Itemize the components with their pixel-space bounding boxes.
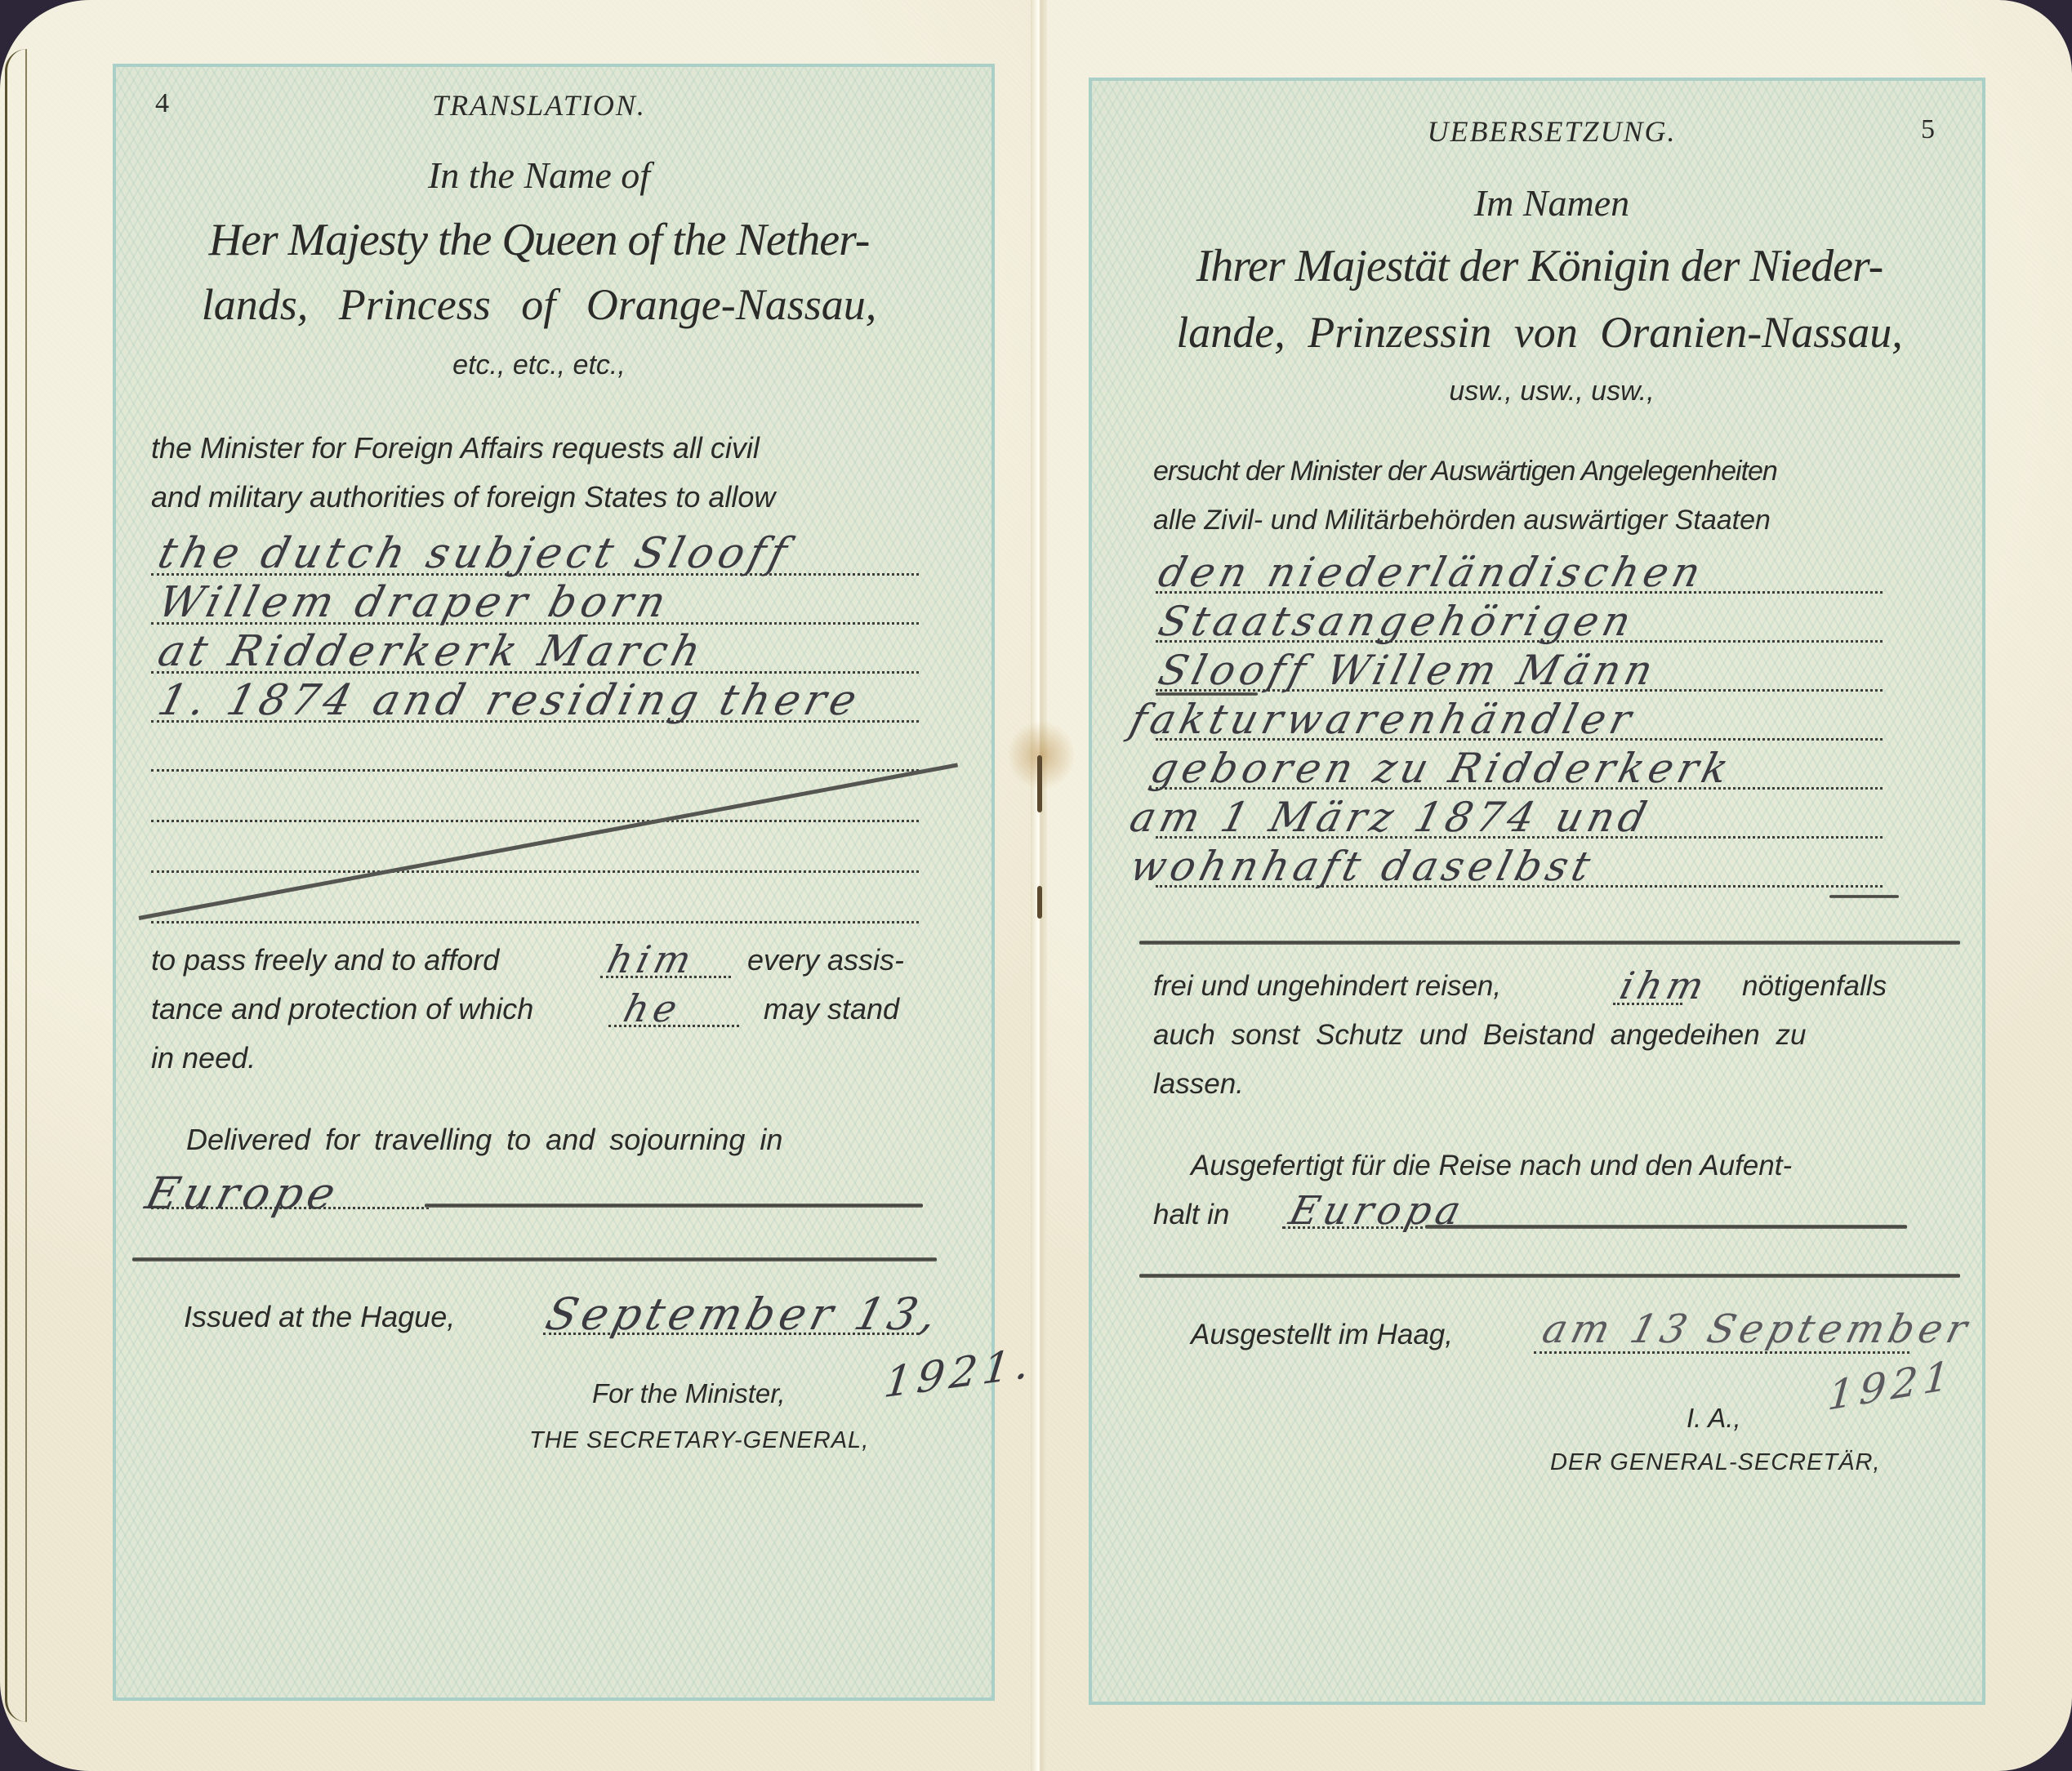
left-heading: TRANSLATION.	[327, 88, 751, 122]
right-title-line-2: Ihrer Majestät der Königin der Nieder-	[1139, 240, 1940, 292]
left-delivered-line: Delivered for travelling to and sojourni…	[186, 1123, 782, 1157]
left-pass-line-3: in need.	[151, 1041, 256, 1075]
left-signatory-line-1: For the Minister,	[592, 1378, 786, 1409]
right-pass-line-1-suffix: nötigenfalls	[1742, 970, 1887, 1003]
right-fill-end-rule	[1829, 895, 1899, 898]
left-blank-line-4	[151, 921, 919, 923]
right-section-rule-1	[1139, 941, 1960, 945]
left-issued-date-hand: September 13,	[541, 1288, 947, 1340]
right-title-line-4: usw., usw., usw.,	[1323, 376, 1780, 407]
left-pass-line-2-suffix: may stand	[764, 992, 899, 1026]
right-body-line-1: ersucht der Minister der Auswärtigen Ang…	[1153, 456, 1777, 487]
right-heading: UEBERSETZUNG.	[1323, 114, 1780, 149]
left-handwritten-line-2: Willem draper born	[154, 578, 676, 627]
right-pass-line-1-hand: ihm	[1615, 963, 1713, 1008]
right-handwritten-line-3: Slooff Willem Männ	[1154, 647, 1663, 694]
left-blank-line-1	[151, 769, 919, 772]
page-edges	[5, 49, 27, 1722]
left-pass-line-1-prefix: to pass freely and to afford	[151, 943, 499, 977]
right-body-line-2: alle Zivil- und Militärbehörden auswärti…	[1153, 505, 1771, 536]
right-destination-fill	[1282, 1226, 1429, 1229]
left-pass-line-1-suffix: every assis-	[747, 943, 904, 977]
left-handwritten-line-4: 1. 1874 and residing there	[154, 676, 867, 725]
right-title-line-1: Im Namen	[1258, 181, 1846, 225]
left-title-line-3: lands, Princess of Orange-Nassau,	[147, 279, 931, 330]
left-blank-line-2	[151, 820, 919, 822]
left-pass-line-1-hand: him	[603, 937, 700, 981]
left-handwritten-line-3: at Ridderkerk March	[154, 627, 711, 676]
staple-upper	[1037, 755, 1042, 812]
left-title-line-2: Her Majesty the Queen of the Nether-	[147, 214, 931, 266]
right-issued-date-hand: am 13 September	[1538, 1306, 1976, 1352]
right-delivered-line: Ausgefertigt für die Reise nach und den …	[1191, 1150, 1792, 1182]
left-body-line-2: and military authorities of foreign Stat…	[151, 480, 775, 514]
right-handwritten-line-5: geboren zu Ridderkerk	[1146, 745, 1738, 792]
right-handwritten-line-7: wohnhaft daselbst	[1125, 843, 1600, 890]
right-handwritten-line-4: faktur­warenhändler	[1125, 696, 1641, 743]
left-pass-line-2-hand: he	[619, 986, 686, 1030]
left-destination-fill	[151, 1207, 429, 1209]
right-issued-label: Ausgestellt im Haag,	[1191, 1319, 1453, 1351]
left-title-line-1: In the Name of	[245, 154, 833, 197]
left-issued-label: Issued at the Hague,	[184, 1300, 455, 1334]
right-delivered-prefix-2: halt in	[1153, 1199, 1229, 1231]
left-body-line-1: the Minister for Foreign Affairs request…	[151, 431, 760, 465]
right-signatory-line-1: I. A.,	[1687, 1403, 1741, 1434]
right-handwritten-line-2: Staatsangehörigen	[1154, 598, 1641, 645]
left-pass-line-2-prefix: tance and protection of which	[151, 992, 533, 1026]
left-destination-rule	[425, 1204, 923, 1208]
left-section-rule	[132, 1257, 937, 1262]
left-title-line-4: etc., etc., etc.,	[327, 349, 751, 381]
right-handwritten-line-1: den niederländischen	[1154, 549, 1710, 596]
left-handwritten-line-1: the dutch subject Slooff	[154, 529, 797, 578]
right-name-underline	[1156, 692, 1258, 696]
left-page-number: 4	[155, 88, 169, 119]
right-signatory-line-2: DER GENERAL-SECRETÄR,	[1550, 1449, 1881, 1476]
right-destination-rule	[1425, 1225, 1907, 1229]
right-title-line-3: lande, Prinzessin von Oranien-Nassau,	[1139, 307, 1940, 358]
right-pass-line-3: lassen.	[1153, 1068, 1244, 1101]
right-handwritten-line-6: am 1 März 1874 und	[1125, 794, 1656, 841]
left-destination-hand: Europe	[140, 1168, 345, 1219]
staple-lower	[1037, 886, 1042, 919]
right-pass-line-1-prefix: frei und ungehindert reisen,	[1153, 970, 1501, 1003]
left-blank-line-3	[151, 870, 919, 873]
right-section-rule-2	[1139, 1274, 1960, 1278]
right-pass-line-2: auch sonst Schutz und Beistand angedeihe…	[1153, 1019, 1806, 1052]
left-signatory-line-2: THE SECRETARY-GENERAL,	[529, 1427, 869, 1454]
right-page-number: 5	[1921, 114, 1935, 145]
